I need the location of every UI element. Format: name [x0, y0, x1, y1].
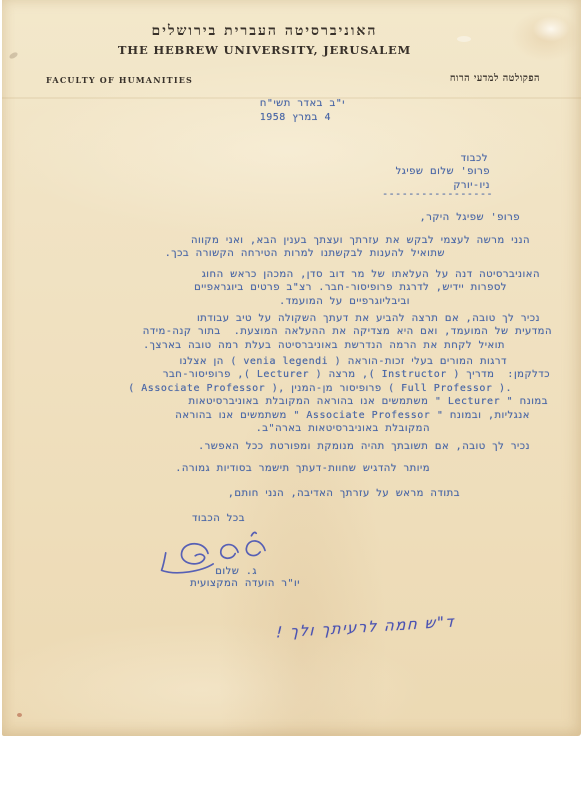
date-hebrew: י"ב באדר תשי"ח	[260, 98, 345, 109]
letterhead-english-title: THE HEBREW UNIVERSITY, JERUSALEM	[2, 43, 527, 57]
body-line: וביבליוגרפיים על המועמד.	[279, 296, 410, 307]
body-line: ( Associate Professor ), פרופיסור מן-המנ…	[128, 383, 512, 394]
body-line: בתודה מראש על עזרתך האדיבה, הנני חותם,	[228, 488, 460, 499]
body-line: לספרות יידיש, לדרגת פרופיסור-חבר. רצ"ב פ…	[194, 282, 507, 293]
salutation-line: פרופ' שפיגל היקר,	[420, 212, 520, 223]
body-line: האוניברסיטה דנה על העלאתו של מר דוב סדן,…	[202, 269, 540, 280]
body-line: מיותר להדגיש שחוות-דעתך תישמר בסודיות גמ…	[175, 463, 430, 474]
body-line: הנני מרשה לעצמי לבקש את עזרתך ועצתך בעני…	[191, 235, 530, 246]
letter-paper: האוניברסיטה העברית בירושלים THE HEBREW U…	[2, 0, 581, 736]
body-line: דרגות המורים בעלי זכות-הוראה ( venia leg…	[179, 356, 507, 367]
body-line: נכיר לך טובה, אם תשובתך תהיה מנומקת ומפו…	[198, 441, 530, 452]
body-line: תואיל לקחת את הרמה הנדרשת באוניברסיטה בע…	[143, 340, 505, 351]
body-line: כדלקמן: מדריך ( Instructor ), מרצה ( Lec…	[163, 369, 550, 380]
body-line: אנגליות, ובמונח " Associate Professor " …	[175, 410, 530, 421]
typed-signer-name: ג. שלום	[215, 566, 257, 577]
closing-formula: בכל הכבוד	[192, 513, 245, 524]
body-line: המדעית של המועמד, ואם היא מצדיקה את ההעל…	[143, 326, 552, 337]
body-line: המקובלת באוניברסיטאות בארה"ב.	[256, 423, 430, 434]
handwritten-postscript: ד"ש חמה לרעיתך ולך !	[276, 612, 455, 641]
recipient-name: פרופ' שלום שפיגל	[396, 166, 490, 177]
scanned-letter-page: { "colors": { "paper": "#f0e2c2", "typed…	[0, 0, 581, 800]
faculty-hebrew-label: הפקולטה למדעי הרוח	[450, 73, 540, 84]
recipient-underline: -----------------	[382, 189, 493, 200]
recipient-honorific: לכבוד	[461, 153, 488, 164]
body-line: שתואיל להענות לבקשתנו למרות הטירחה הקשור…	[165, 248, 445, 259]
body-line: במונח " Lecturer " משתמשים אנו בהוראה המ…	[189, 396, 548, 407]
date-gregorian: 4 במרץ 1958	[260, 112, 331, 123]
body-line: נכיר לך טובה, אם תרצה להביע את דעתך השקו…	[197, 313, 540, 324]
faculty-of-humanities-label: FACULTY OF HUMANITIES	[46, 75, 193, 85]
letterhead-hebrew-title: האוניברסיטה העברית בירושלים	[2, 23, 527, 40]
typed-signer-role: יו"ר הועדה המקצועית	[190, 578, 300, 589]
paper-stain-speck	[17, 713, 22, 717]
